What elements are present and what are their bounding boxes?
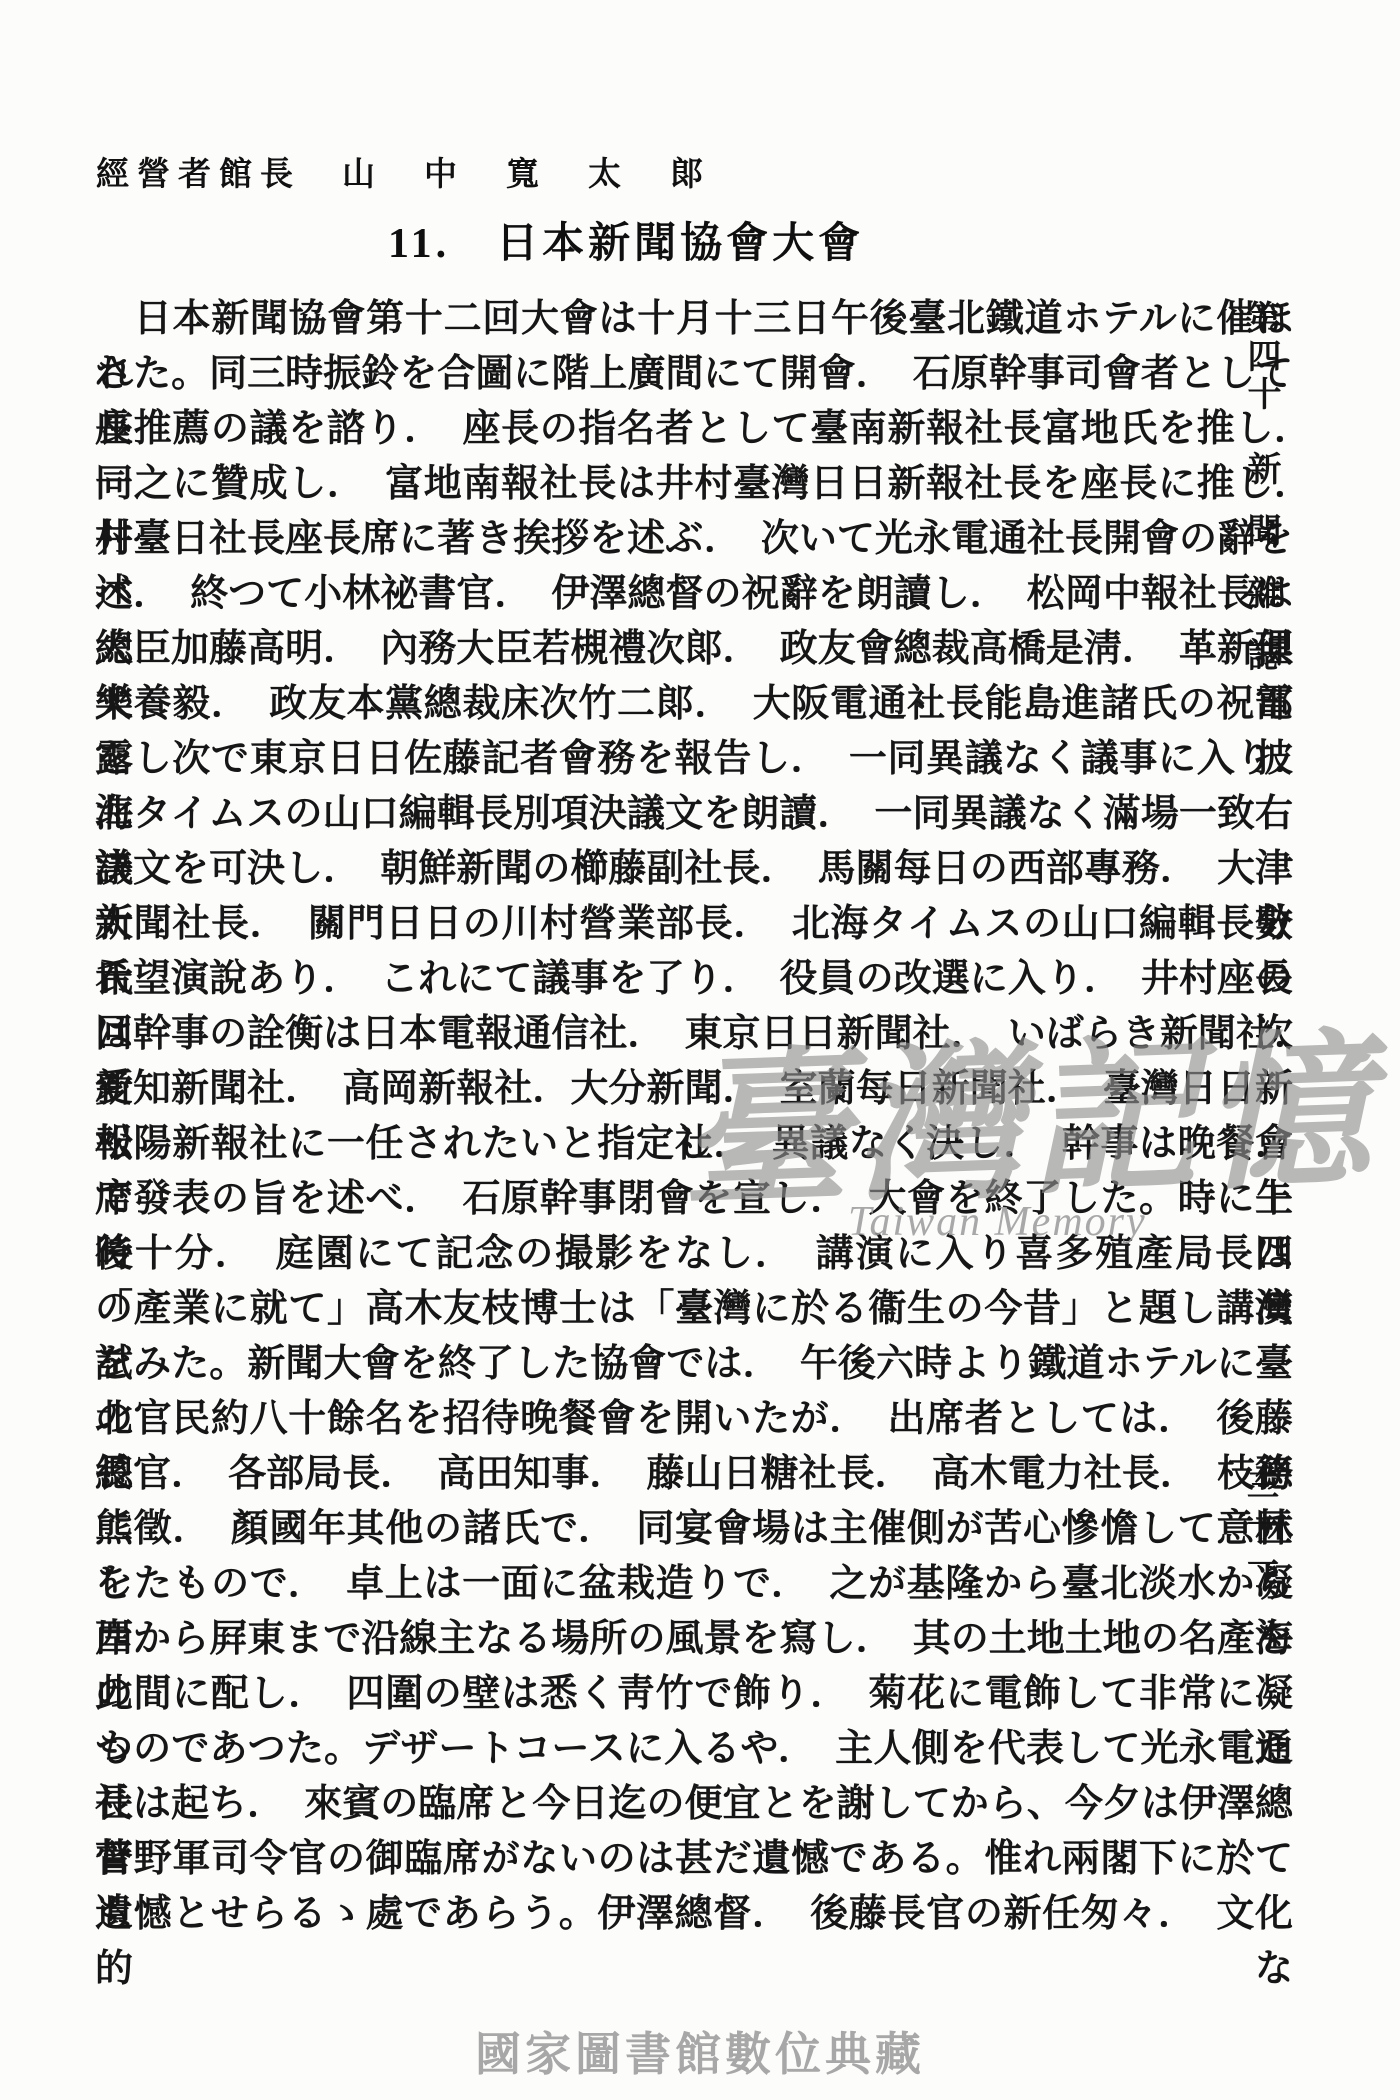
body-line: 同之に贊成し． 富地南報社長は井村臺灣日日新報社長を座長に推し． 井 xyxy=(95,457,1293,512)
right-margin-vertical-label: 第四十 新聞雜誌 xyxy=(1236,300,1285,699)
body-line: 露し次で東京日日佐藤記者會務を報告し． 一同異議なく議事に入り． 北 xyxy=(95,732,1293,787)
body-line: 菅野軍司令官の御臨席がないのは甚だ遺憾である。惟れ兩閣下に於ても xyxy=(95,1832,1293,1887)
scanned-book-page: 經營者館長 山 中 寬 太 郞 11. 日本新聞協會大會 日本新聞協會第十二回大… xyxy=(0,0,1400,2100)
body-line: の產業に就て」高木友枝博士は「臺灣に於る衞生の今昔」と題し講演を xyxy=(95,1282,1293,1337)
national-library-watermark: 國家圖書館數位典藏 xyxy=(475,2018,925,2084)
body-line: 日本新聞協會第十二回大會は十月十三日午後臺北鐵道ホテルに催ほさ xyxy=(95,292,1293,347)
body-line: 愛知新聞社． 高岡新報社．大分新聞． 室蘭每日新聞社． 臺灣日日新報社． xyxy=(95,1062,1293,1117)
body-line: で發表の旨を述べ． 石原幹事閉會を宣し． 大會を終了した。時に午後四 xyxy=(95,1172,1293,1227)
body-line: 大臣加藤高明． 內務大臣若槻禮次郞． 政友會總裁高橋是淸． 革新俱樂部 xyxy=(95,622,1293,677)
body-line: 犬養毅． 政友本黨總裁床次竹二郞． 大阪電通社長能島進諸氏の祝電を披 xyxy=(95,677,1293,732)
volume-label: 第四十 xyxy=(1242,300,1279,414)
page-number: 三一一 xyxy=(1238,1468,1284,1588)
body-line: ものであつた。デザートコースに入るや． 主人側を代表して光永電通社 xyxy=(95,1722,1293,1777)
body-line: 新聞社長． 關門日日の川村營業部長． 北海タイムスの山口編輯長數氏の xyxy=(95,897,1293,952)
body-line: 岸から屛東まで沿線主なる場所の風景を寫し． 其の土地土地の名產を此 xyxy=(95,1612,1293,1667)
body-line: 時十分． 庭園にて記念の撮影をなし． 講演に入り喜多殖產局長は「臺灣 xyxy=(95,1227,1293,1282)
section-label: 新聞雜誌 xyxy=(1242,451,1279,699)
body-line: 長は起ち． 來賓の臨席と今日迄の便宜とを謝してから、今夕は伊澤總督 xyxy=(95,1777,1293,1832)
body-line: 村臺日社長座長席に著き挨拶を述ぶ． 次いて光永電通社長開會の辭を述 xyxy=(95,512,1293,567)
body-line: 松陽新報社に一任されたいと指定し． 異議なく決し． 幹事は晚餐會席上 xyxy=(95,1117,1293,1172)
body-line: 長官． 各部局長． 高田知事． 藤山日糖社長． 高木電力社長． 枝德二． 林 xyxy=(95,1447,1293,1502)
body-line: 長推薦の議を諮り． 座長の指名者として臺南新報社長富地氏を推し． 一 xyxy=(95,402,1293,457)
scan-artifact-mark: 〝 xyxy=(896,688,927,728)
body-line: れた。同三時振鈴を合圖に階上廣間にて開會． 石原幹事司會者として座 xyxy=(95,347,1293,402)
body-line: 希望演說あり． これにて議事を了り． 役員の改選に入り． 井村座長は次 xyxy=(95,952,1293,1007)
body-line: 海タイムスの山口編輯長別項決議文を朗讀． 一同異議なく滿場一致右決 xyxy=(95,787,1293,842)
body-line: 議文を可決し． 朝鮮新聞の櫛藤副社長． 馬關每日の西部專務． 大津大分 xyxy=(95,842,1293,897)
article-body: 日本新聞協會第十二回大會は十月十三日午後臺北鐵道ホテルに催ほさ れた。同三時振鈴… xyxy=(95,292,1293,1942)
body-line: の間に配し． 四圍の壁は悉く靑竹で飾り． 菊花に電飾して非常に凝つた xyxy=(95,1667,1293,1722)
manager-header-line: 經營者館長 山 中 寬 太 郞 xyxy=(96,148,711,195)
body-line: 熊徵． 顏國年其他の諸氏で． 同宴會場は主催側が苦心慘憺して意匠を凝 xyxy=(95,1502,1293,1557)
article-title: 11. 日本新聞協會大會 xyxy=(388,210,864,270)
body-line: したもので． 卓上は一面に盆栽造りで． 之が基隆から臺北淡水から西海 xyxy=(95,1557,1293,1612)
body-line: べ． 終つて小林祕書官． 伊澤總督の祝辭を朗讀し． 松岡中報社長は總理 xyxy=(95,567,1293,622)
body-line: の官民約八十餘名を招待晚餐會を開いたが． 出席者としては． 後藤總務 xyxy=(95,1392,1293,1447)
body-line: 遺憾とせらるゝ處であらう。伊澤總督． 後藤長官の新任匆々． 文化的な xyxy=(95,1887,1293,1942)
body-line: 試みた。新聞大會を終了した協會では． 午後六時より鐵道ホテルに臺北 xyxy=(95,1337,1293,1392)
body-line: 回幹事の詮衡は日本電報通信社． 東京日日新聞社． いばらき新聞社． 新 xyxy=(95,1007,1293,1062)
